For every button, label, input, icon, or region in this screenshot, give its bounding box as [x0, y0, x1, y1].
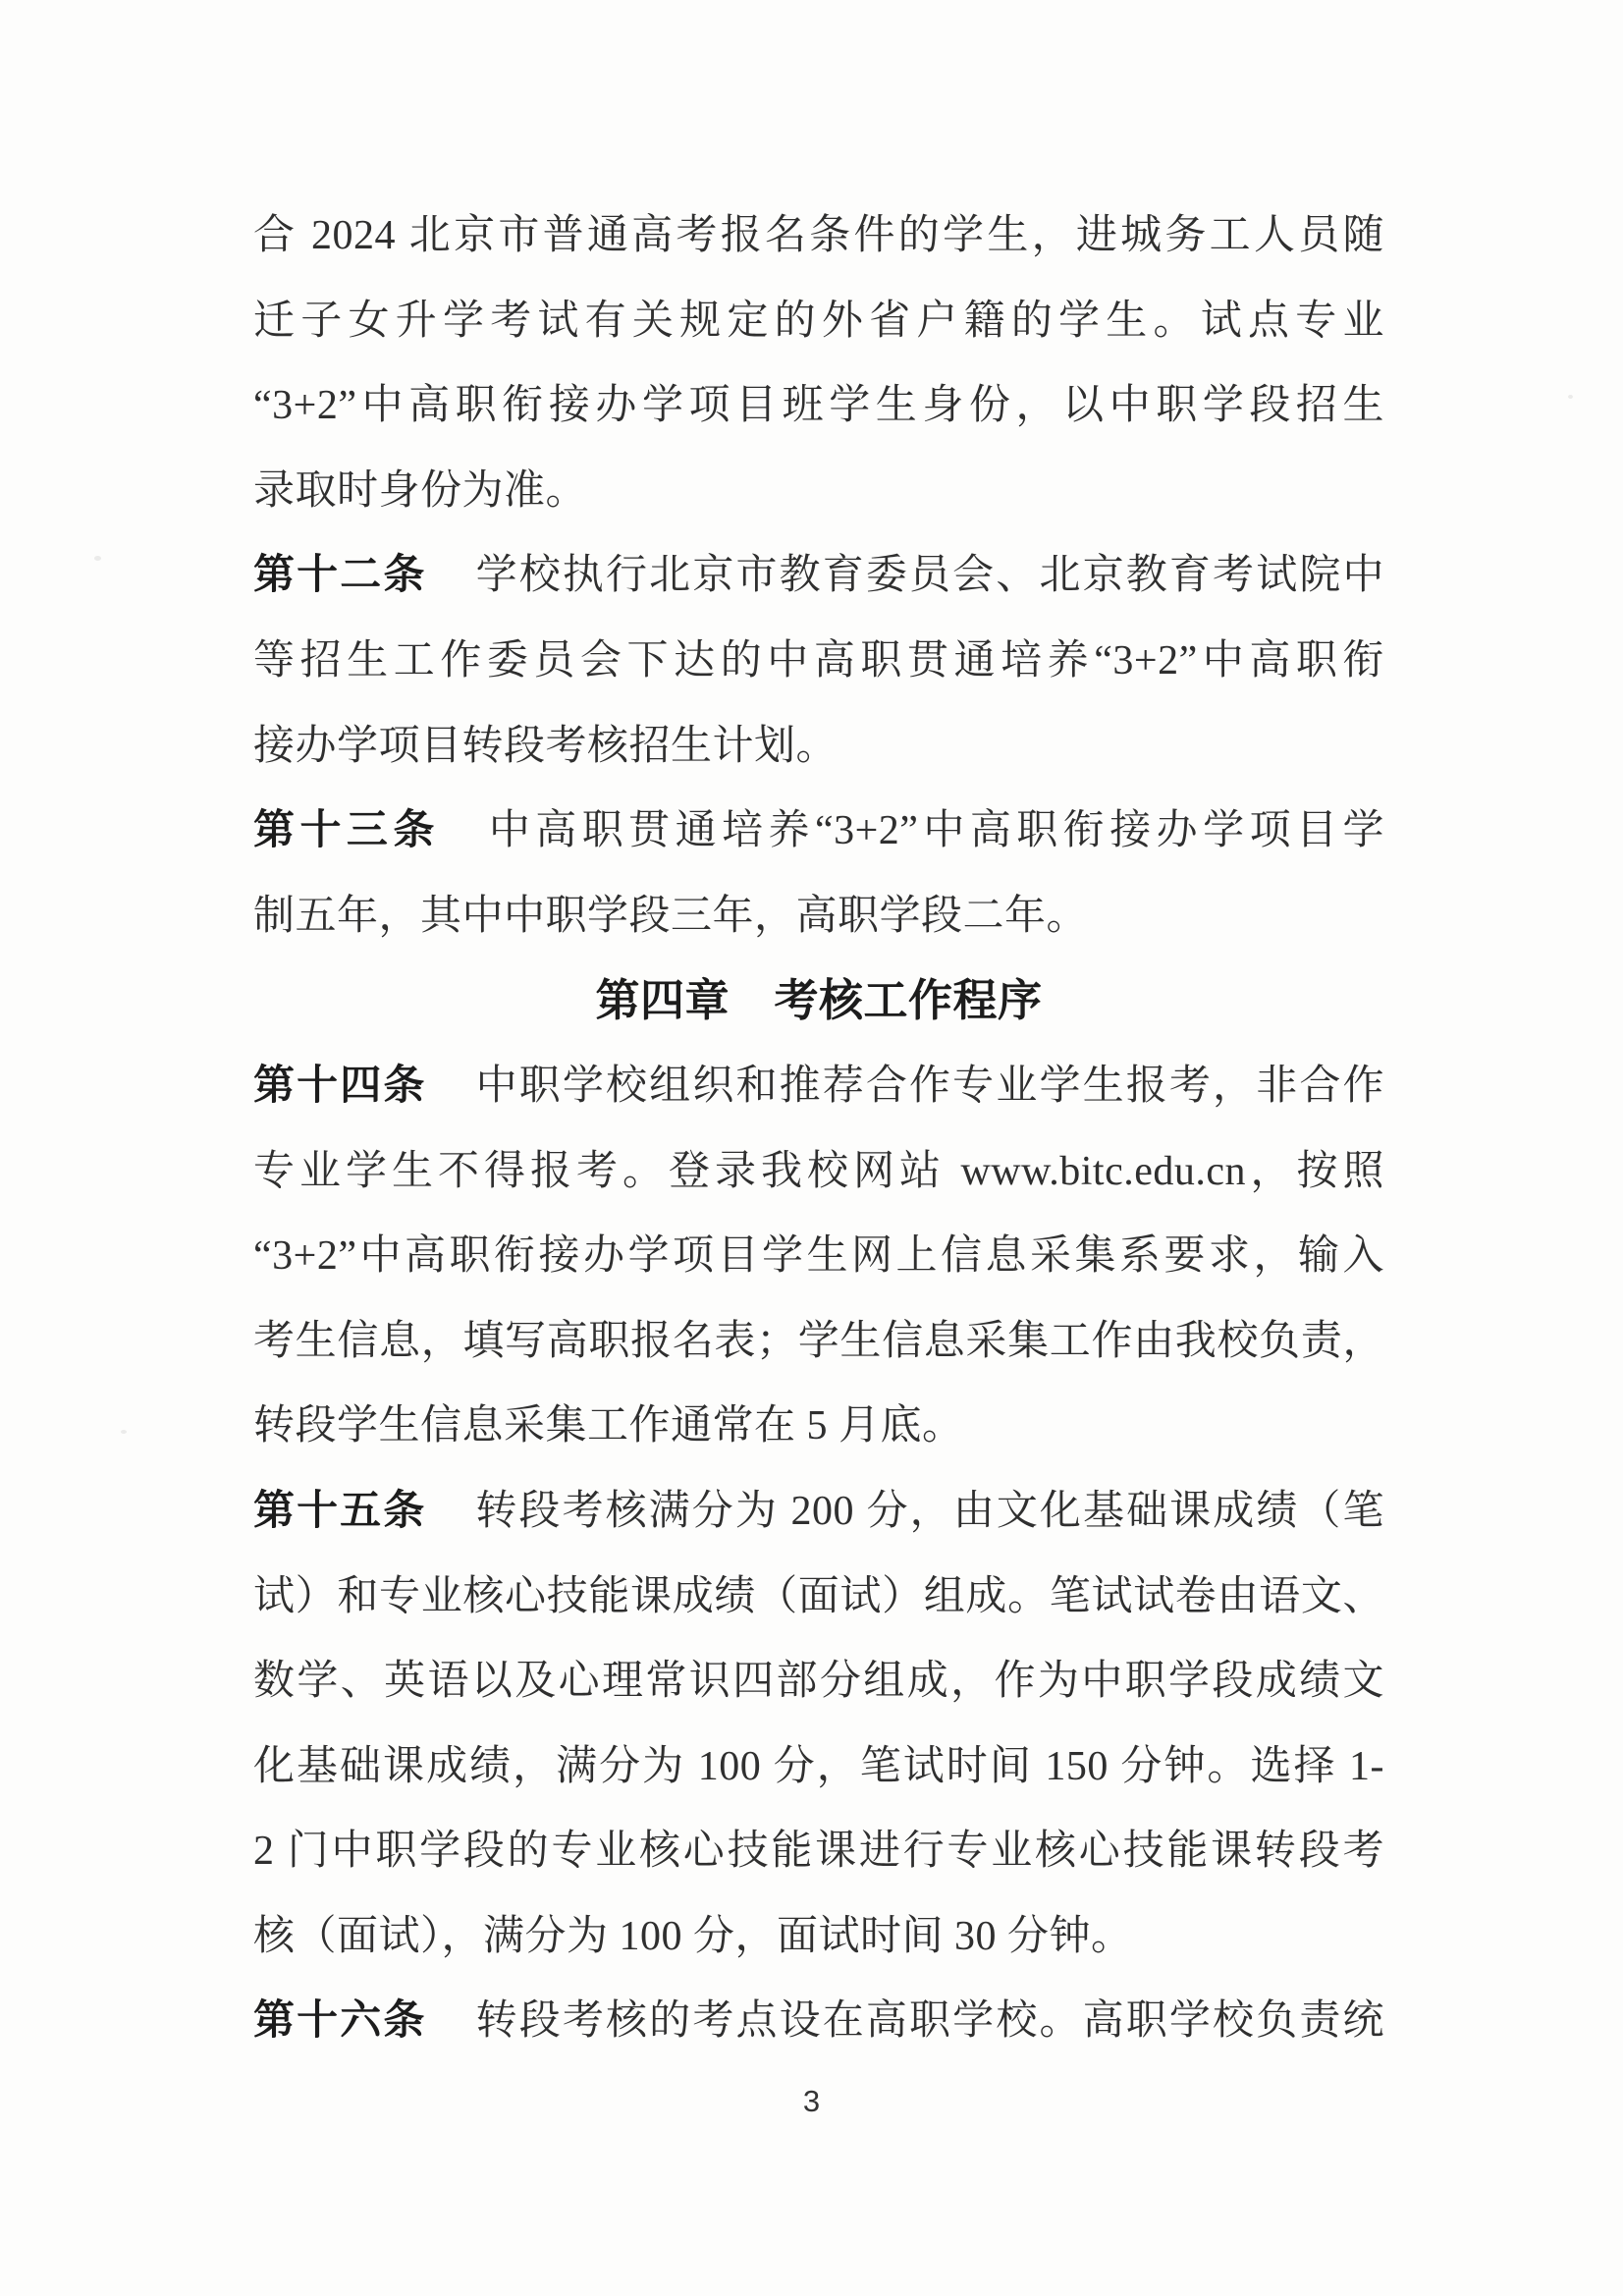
text-line: “3+2”中高职衔接办学项目学生网上信息采集系要求，输入 — [253, 1214, 1384, 1299]
text-line: 2 门中职学段的专业核心技能课进行专业核心技能课转段考 — [253, 1809, 1384, 1894]
article-number: 第十四条 — [253, 1064, 427, 1109]
line-text: 学校执行北京市教育委员会、北京教育考试院中 — [476, 553, 1384, 598]
line-text: 核（面试），满分为 100 分，面试时间 30 分钟。 — [253, 1914, 1133, 1959]
line-text: 接办学项目转段考核招生计划。 — [253, 724, 838, 769]
text-line: 化基础课成绩，满分为 100 分，笔试时间 150 分钟。选择 1- — [253, 1724, 1384, 1810]
line-text: 考生信息，填写高职报名表；学生信息采集工作由我校负责， — [253, 1319, 1384, 1364]
line-text: 迁子女升学考试有关规定的外省户籍的学生。试点专业 — [253, 299, 1384, 344]
text-line-article-13: 第十三条中高职贯通培养“3+2”中高职衔接办学项目学 — [253, 789, 1384, 874]
line-text: 试）和专业核心技能课成绩（面试）组成。笔试试卷由语文、 — [253, 1574, 1384, 1619]
line-text: “3+2”中高职衔接办学项目班学生身份，以中职学段招生 — [253, 383, 1384, 428]
text-line: 接办学项目转段考核招生计划。 — [253, 704, 1384, 790]
text-line: “3+2”中高职衔接办学项目班学生身份，以中职学段招生 — [253, 363, 1384, 449]
text-line: 转段学生信息采集工作通常在 5 月底。 — [253, 1384, 1384, 1469]
line-text: 数学、英语以及心理常识四部分组成，作为中职学段成绩文 — [253, 1659, 1384, 1704]
scan-noise-speck — [1568, 395, 1573, 399]
text-line: 数学、英语以及心理常识四部分组成，作为中职学段成绩文 — [253, 1639, 1384, 1724]
text-line: 迁子女升学考试有关规定的外省户籍的学生。试点专业 — [253, 279, 1384, 364]
line-text: 录取时身份为准。 — [253, 468, 587, 514]
text-line: 专业学生不得报考。登录我校网站 www.bitc.edu.cn，按照 — [253, 1129, 1384, 1215]
text-line: 考生信息，填写高职报名表；学生信息采集工作由我校负责， — [253, 1299, 1384, 1385]
document-text-block: 合 2024 北京市普通高考报名条件的学生，进城务工人员随 迁子女升学考试有关规… — [253, 193, 1384, 2064]
line-text: 等招生工作委员会下达的中高职贯通培养“3+2”中高职衔 — [253, 638, 1384, 683]
line-text: 转段考核满分为 200 分，由文化基础课成绩（笔 — [475, 1489, 1384, 1534]
article-number: 第十二条 — [253, 553, 427, 598]
article-number: 第十五条 — [253, 1489, 426, 1534]
document-page: 合 2024 北京市普通高考报名条件的学生，进城务工人员随 迁子女升学考试有关规… — [0, 0, 1623, 2296]
line-text: 专业学生不得报考。登录我校网站 www.bitc.edu.cn，按照 — [253, 1149, 1384, 1194]
text-line: 制五年，其中中职学段三年，高职学段二年。 — [253, 874, 1384, 959]
line-text: 中高职贯通培养“3+2”中高职衔接办学项目学 — [489, 808, 1384, 853]
line-text: 转段考核的考点设在高职学校。高职学校负责统 — [476, 1998, 1384, 2044]
text-line: 核（面试），满分为 100 分，面试时间 30 分钟。 — [253, 1894, 1384, 1980]
line-text: 合 2024 北京市普通高考报名条件的学生，进城务工人员随 — [253, 213, 1384, 258]
scan-noise-speck — [121, 1430, 127, 1434]
line-text: 制五年，其中中职学段三年，高职学段二年。 — [253, 894, 1088, 939]
text-line-article-14: 第十四条中职学校组织和推荐合作专业学生报考，非合作 — [253, 1044, 1384, 1129]
line-text: 转段学生信息采集工作通常在 5 月底。 — [253, 1403, 964, 1449]
page-number: 3 — [0, 2078, 1623, 2125]
scan-noise-speck — [854, 2005, 858, 2009]
text-line: 录取时身份为准。 — [253, 449, 1384, 534]
line-text: “3+2”中高职衔接办学项目学生网上信息采集系要求，输入 — [253, 1233, 1384, 1279]
article-number: 第十三条 — [253, 808, 440, 853]
text-line: 试）和专业核心技能课成绩（面试）组成。笔试试卷由语文、 — [253, 1555, 1384, 1640]
text-line-article-12: 第十二条学校执行北京市教育委员会、北京教育考试院中 — [253, 533, 1384, 619]
text-line-article-15: 第十五条转段考核满分为 200 分，由文化基础课成绩（笔 — [253, 1469, 1384, 1555]
text-line: 等招生工作委员会下达的中高职贯通培养“3+2”中高职衔 — [253, 619, 1384, 704]
article-number: 第十六条 — [253, 1998, 427, 2044]
text-line-article-16: 第十六条转段考核的考点设在高职学校。高职学校负责统 — [253, 1979, 1384, 2064]
scan-noise-speck — [94, 556, 101, 561]
line-text: 2 门中职学段的专业核心技能课进行专业核心技能课转段考 — [253, 1829, 1384, 1874]
line-text: 中职学校组织和推荐合作专业学生报考，非合作 — [476, 1064, 1384, 1109]
line-text: 化基础课成绩，满分为 100 分，笔试时间 150 分钟。选择 1- — [253, 1744, 1384, 1789]
text-line: 合 2024 北京市普通高考报名条件的学生，进城务工人员随 — [253, 193, 1384, 279]
chapter-heading: 第四章 考核工作程序 — [253, 958, 1384, 1044]
